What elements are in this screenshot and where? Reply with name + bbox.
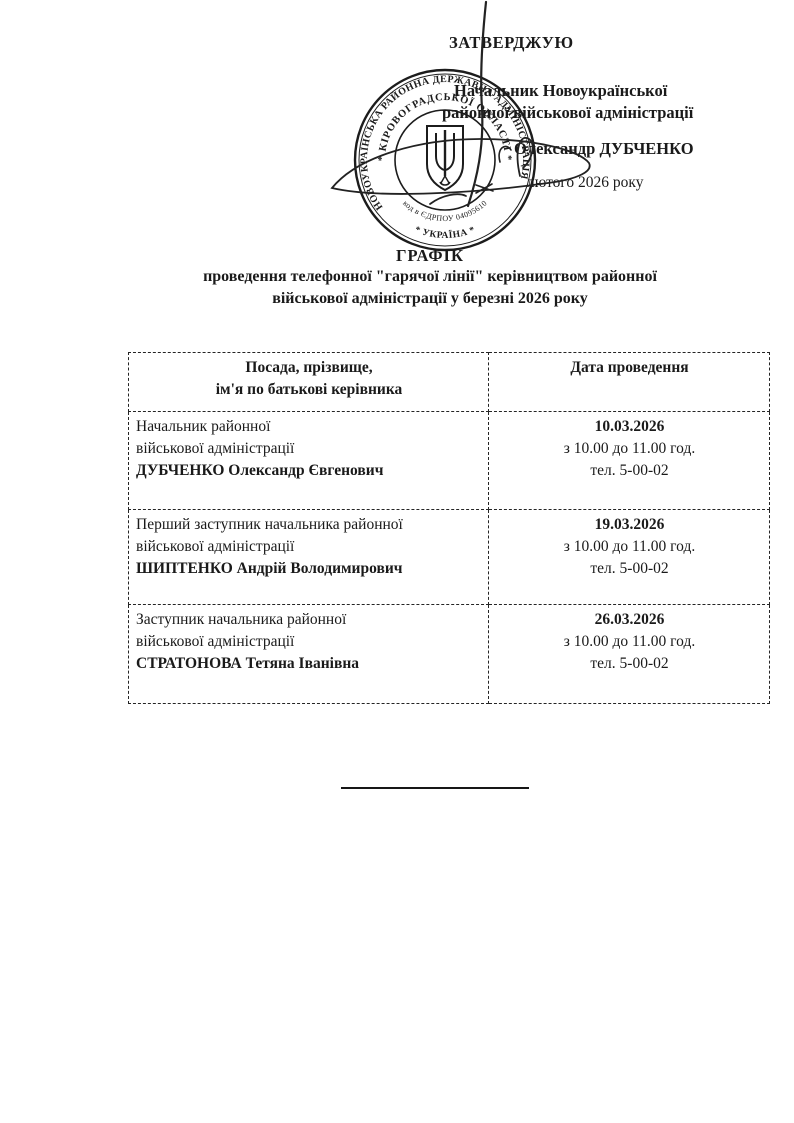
official-name: ШИПТЕНКО Андрій Володимирович [136, 558, 482, 580]
trident-emblem-icon [427, 126, 463, 190]
header-position-column: Посада, прізвище, ім'я по батькові керів… [129, 353, 489, 412]
schedule-cell: 26.03.2026 з 10.00 до 11.00 год. тел. 5-… [489, 605, 770, 704]
official-position: Начальник районної військової адміністра… [136, 416, 482, 460]
approval-label: ЗАТВЕРДЖУЮ [449, 33, 574, 53]
doc-title-line1: ГРАФІК [120, 246, 740, 266]
stamp-edrpou-text: код в ЄДРПОУ 04095610 [401, 199, 489, 223]
signature-rule-line [341, 787, 529, 789]
approver-position-line2: районної військової адміністрації [442, 103, 693, 123]
hotline-date: 10.03.2026 [496, 416, 763, 438]
svg-text:* УКРАЇНА *: * УКРАЇНА * [413, 225, 477, 241]
hotline-time: з 10.00 до 11.00 год. [496, 631, 763, 653]
official-name: ДУБЧЕНКО Олександр Євгенович [136, 460, 482, 482]
hotline-date: 19.03.2026 [496, 514, 763, 536]
header-date-column: Дата проведення [489, 353, 770, 412]
svg-text:код в ЄДРПОУ 04095610: код в ЄДРПОУ 04095610 [401, 199, 489, 223]
stamp-country-text: * УКРАЇНА * [413, 225, 477, 241]
official-position: Заступник начальника районної військової… [136, 609, 482, 653]
scanned-document-page: ЗАТВЕРДЖУЮ Начальник Новоукраїнської рай… [0, 0, 794, 1123]
hotline-date: 26.03.2026 [496, 609, 763, 631]
table-row: Начальник районної військової адміністра… [129, 412, 770, 510]
doc-title-line3: військової адміністрації у березні 2026 … [120, 290, 740, 308]
position-cell: Начальник районної військової адміністра… [129, 412, 489, 510]
official-name: СТРАТОНОВА Тетяна Іванівна [136, 653, 482, 675]
hotline-time: з 10.00 до 11.00 год. [496, 536, 763, 558]
hotline-phone: тел. 5-00-02 [496, 653, 763, 675]
table-row: Перший заступник начальника районної вій… [129, 510, 770, 605]
official-position: Перший заступник начальника районної вій… [136, 514, 482, 558]
position-cell: Заступник начальника районної військової… [129, 605, 489, 704]
position-cell: Перший заступник начальника районної вій… [129, 510, 489, 605]
schedule-cell: 19.03.2026 з 10.00 до 11.00 год. тел. 5-… [489, 510, 770, 605]
hotline-phone: тел. 5-00-02 [496, 558, 763, 580]
hotline-phone: тел. 5-00-02 [496, 460, 763, 482]
approver-position-line1: Начальник Новоукраїнської [454, 81, 667, 101]
approver-name: Олександр ДУБЧЕНКО [514, 139, 694, 159]
hotline-time: з 10.00 до 11.00 год. [496, 438, 763, 460]
approval-date-line: лютого 2026 року [527, 174, 643, 192]
schedule-cell: 10.03.2026 з 10.00 до 11.00 год. тел. 5-… [489, 412, 770, 510]
table-header-row: Посада, прізвище, ім'я по батькові керів… [129, 353, 770, 412]
table-row: Заступник начальника районної військової… [129, 605, 770, 704]
hotline-schedule-table: Посада, прізвище, ім'я по батькові керів… [128, 352, 770, 704]
doc-title-line2: проведення телефонної "гарячої лінії" ке… [120, 268, 740, 286]
